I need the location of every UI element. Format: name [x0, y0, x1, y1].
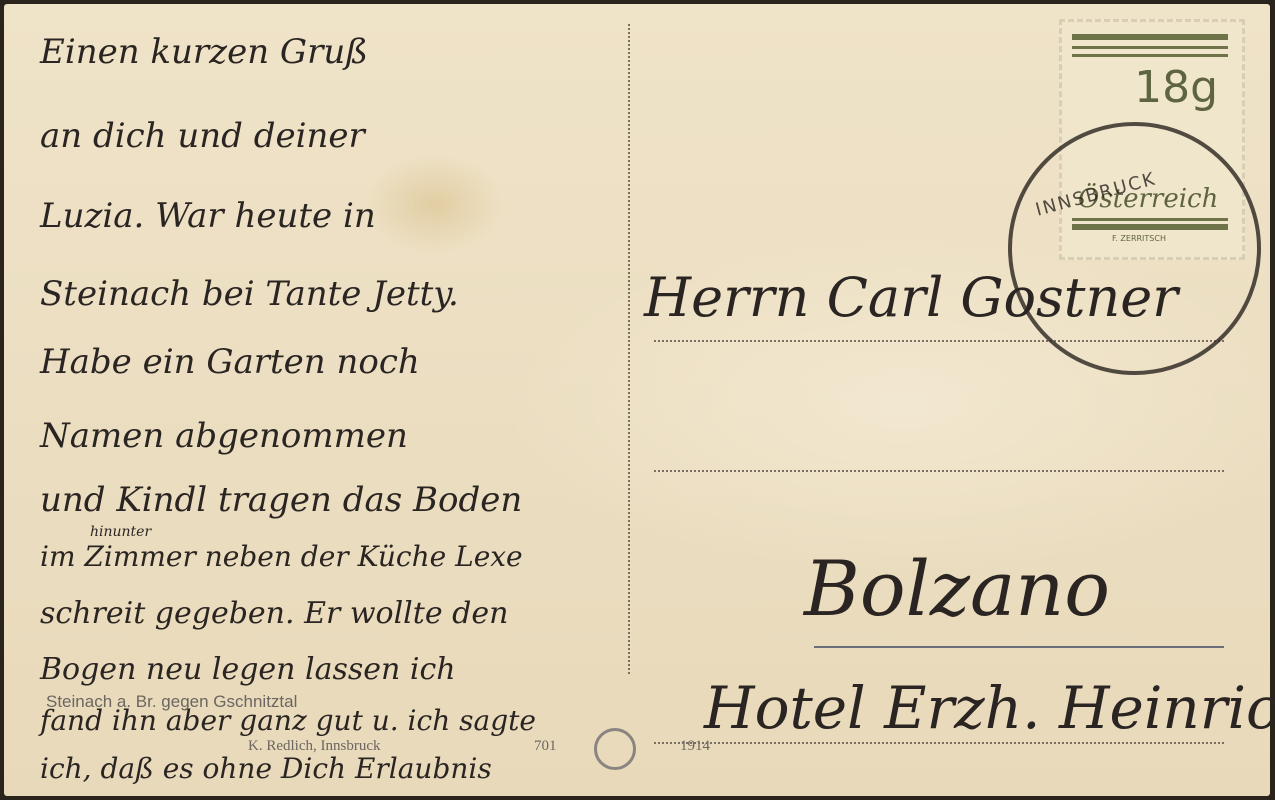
message-line: ich, daß es ohne Dich Erlaubnis: [40, 752, 492, 785]
message-insert: hinunter: [90, 524, 151, 540]
message-line: und Kindl tragen das Boden: [40, 480, 522, 520]
message-line: Namen abgenommen: [40, 416, 408, 456]
message-line: schreit gegeben. Er wollte den: [40, 596, 508, 631]
message-line: Steinach bei Tante Jetty.: [40, 274, 459, 314]
address-line-2: [654, 470, 1224, 472]
recipient-hotel: Hotel Erzh. Heinrich: [704, 674, 1275, 742]
recipient-name: Herrn Carl Gostner: [644, 266, 1178, 329]
center-divider: [628, 24, 630, 674]
postmark-icon: [1008, 122, 1261, 375]
publisher-logo-icon: [594, 728, 636, 770]
stamp-value: 18g: [1134, 62, 1218, 113]
message-line: Bogen neu legen lassen ich: [40, 652, 456, 687]
printed-publisher: K. Redlich, Innsbruck: [248, 738, 380, 755]
message-line: Einen kurzen Gruß: [40, 32, 368, 72]
address-line-4: [654, 742, 1224, 744]
address-line-3: [814, 646, 1224, 648]
message-line: Luzia. War heute in: [40, 196, 376, 236]
printed-number: 701: [534, 738, 557, 755]
recipient-city: Bolzano: [804, 544, 1110, 633]
postcard-back: Einen kurzen Gruß an dich und deiner Luz…: [4, 4, 1270, 796]
printed-caption: Steinach a. Br. gegen Gschnitztal: [46, 692, 297, 712]
message-line: Habe ein Garten noch: [40, 342, 420, 382]
message-line: im Zimmer neben der Küche Lexe: [40, 540, 523, 573]
message-line: an dich und deiner: [40, 116, 365, 156]
